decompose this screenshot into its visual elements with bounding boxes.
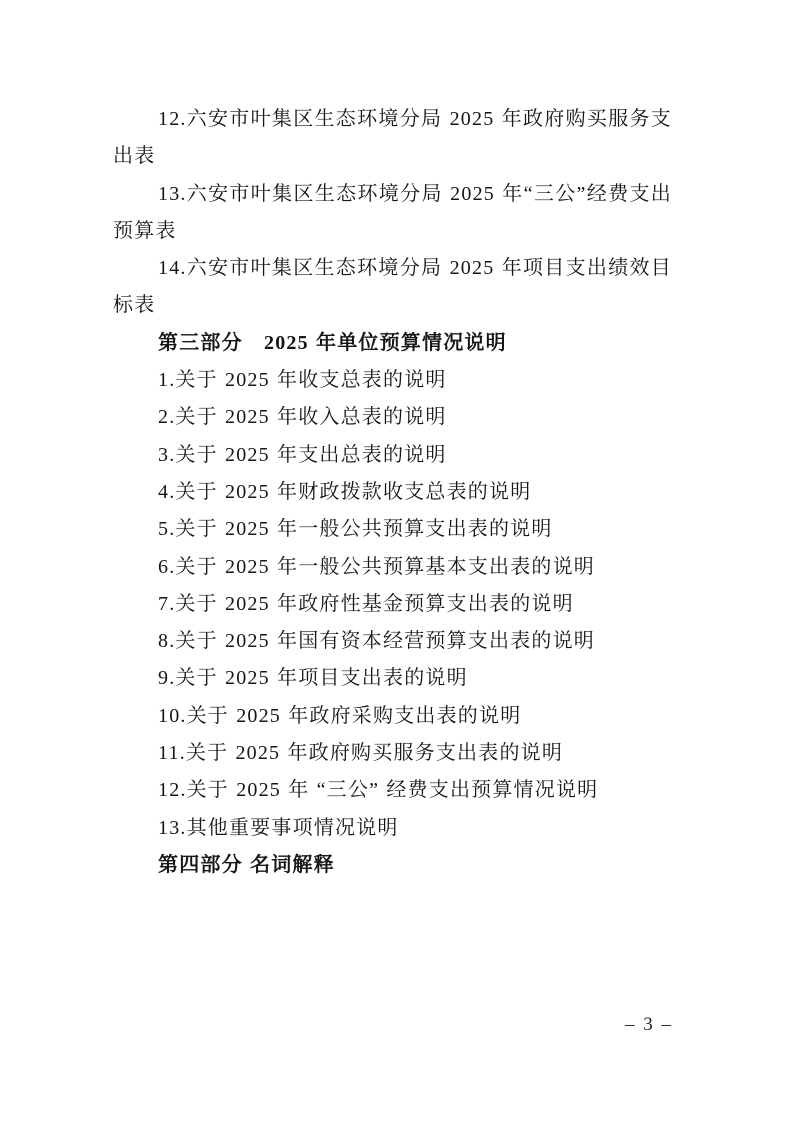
toc-item: 7.关于 2025 年政府性基金预算支出表的说明	[113, 586, 672, 623]
toc-item: 6.关于 2025 年一般公共预算基本支出表的说明	[113, 549, 672, 586]
toc-item: 9.关于 2025 年项目支出表的说明	[113, 660, 672, 697]
toc-item: 1.关于 2025 年收支总表的说明	[113, 362, 672, 399]
section-heading-part4-glossary: 第四部分 名词解释	[113, 847, 672, 884]
document-page: 12.六安市叶集区生态环境分局 2025 年政府购买服务支出表13.六安市叶集区…	[0, 0, 793, 1122]
toc-item: 4.关于 2025 年财政拨款收支总表的说明	[113, 474, 672, 511]
toc-item: 10.关于 2025 年政府采购支出表的说明	[113, 698, 672, 735]
toc-item: 3.关于 2025 年支出总表的说明	[113, 437, 672, 474]
toc-item: 14.六安市叶集区生态环境分局 2025 年项目支出绩效目	[113, 250, 672, 287]
toc-item: 5.关于 2025 年一般公共预算支出表的说明	[113, 511, 672, 548]
toc-item: 12.关于 2025 年 “三公” 经费支出预算情况说明	[113, 772, 672, 809]
toc-item-continuation: 标表	[113, 287, 672, 324]
toc-item: 11.关于 2025 年政府购买服务支出表的说明	[113, 735, 672, 772]
document-body: 12.六安市叶集区生态环境分局 2025 年政府购买服务支出表13.六安市叶集区…	[113, 101, 672, 884]
toc-item: 2.关于 2025 年收入总表的说明	[113, 399, 672, 436]
toc-item-continuation: 预算表	[113, 213, 672, 250]
page-number: – 3 –	[625, 1013, 673, 1037]
toc-item: 13.六安市叶集区生态环境分局 2025 年“三公”经费支出	[113, 176, 672, 213]
toc-item: 13.其他重要事项情况说明	[113, 810, 672, 847]
toc-item-continuation: 出表	[113, 138, 672, 175]
toc-item: 12.六安市叶集区生态环境分局 2025 年政府购买服务支	[113, 101, 672, 138]
toc-item: 8.关于 2025 年国有资本经营预算支出表的说明	[113, 623, 672, 660]
section-heading-part3-budget-explanations: 第三部分 2025 年单位预算情况说明	[113, 325, 672, 362]
